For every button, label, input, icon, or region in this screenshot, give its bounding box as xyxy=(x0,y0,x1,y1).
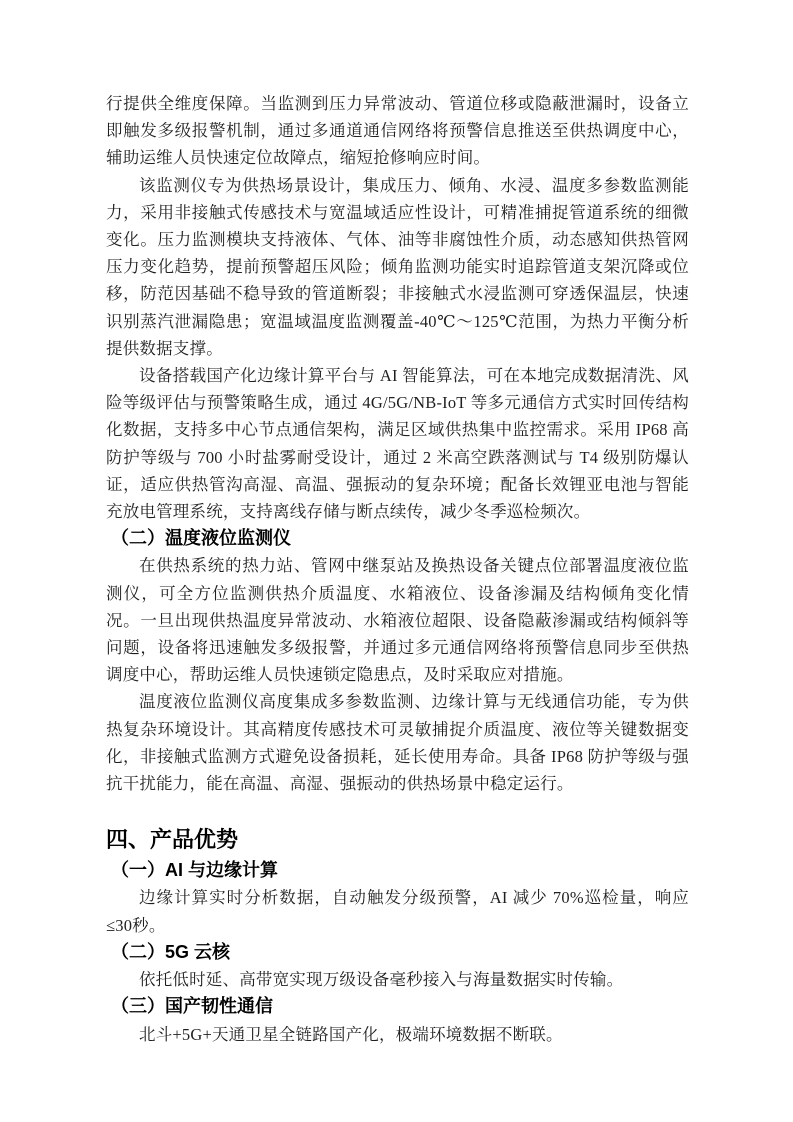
document-page: 行提供全维度保障。当监测到压力异常波动、管道位移或隐蔽泄漏时，设备立即触发多级报… xyxy=(0,0,793,1122)
paragraph-ai-advantage: 边缘计算实时分析数据，自动触发分级预警，AI 减少 70%巡检量，响应≤30秒。 xyxy=(106,884,689,938)
sub-heading-5g-cloud-core: （二）5G 云核 xyxy=(106,939,689,966)
sub-heading-ai-edge-computing: （一）AI 与边缘计算 xyxy=(106,857,689,884)
sub-heading-temperature-level-monitor: （二）温度液位监测仪 xyxy=(106,525,689,552)
paragraph-pressure-monitor-overview: 该监测仪专为供热场景设计，集成压力、倾角、水浸、温度多参数监测能力，采用非接触式… xyxy=(106,172,689,362)
sub-heading-domestic-resilient-comms: （三）国产韧性通信 xyxy=(106,993,689,1020)
section-heading-product-advantages: 四、产品优势 xyxy=(106,825,689,855)
paragraph-deployment-points: 在供热系统的热力站、管网中继泵站及换热设备关键点位部署温度液位监测仪，可全方位监… xyxy=(106,552,689,688)
paragraph-integration-features: 温度液位监测仪高度集成多参数监测、边缘计算与无线通信功能，专为供热复杂环境设计。… xyxy=(106,688,689,797)
paragraph-edge-computing-platform: 设备搭载国产化边缘计算平台与 AI 智能算法，可在本地完成数据清洗、风险等级评估… xyxy=(106,362,689,525)
paragraph-5g-advantage: 依托低时延、高带宽实现万级设备毫秒接入与海量数据实时传输。 xyxy=(106,966,689,993)
paragraph-continuation: 行提供全维度保障。当监测到压力异常波动、管道位移或隐蔽泄漏时，设备立即触发多级报… xyxy=(106,90,689,172)
paragraph-comms-advantage: 北斗+5G+天通卫星全链路国产化，极端环境数据不断联。 xyxy=(106,1021,689,1048)
